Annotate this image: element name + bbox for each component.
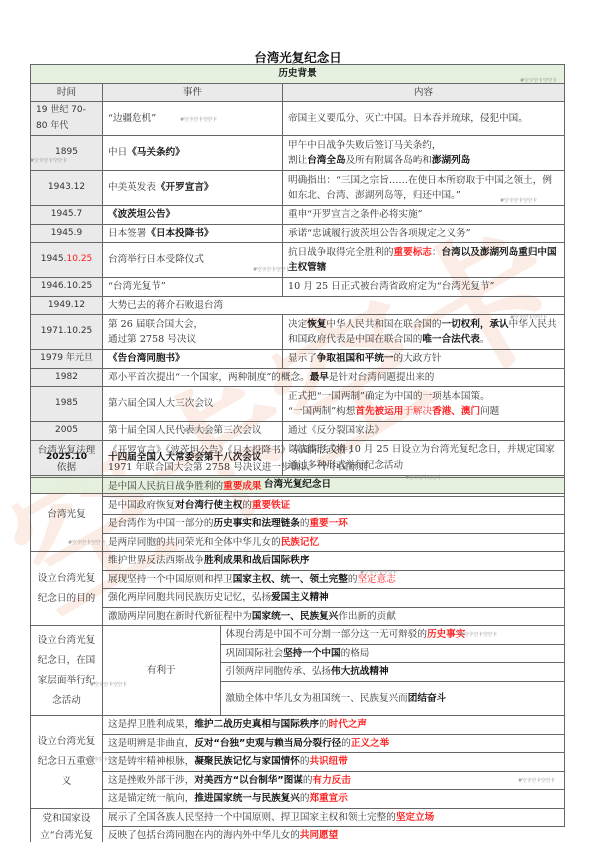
time-cell: 1971.10.25 — [31, 315, 103, 350]
content-cell: 是两岸同胞的共同荣光和全体中华儿女的民族记忆 — [103, 533, 565, 552]
table-row: 是台湾作为中国一部分的历史事实和法理链条的重要一环 — [31, 515, 565, 534]
content-cell: 展现坚持一个中国原则和捍卫国家主权、统一、领土完整的坚定意志 — [103, 570, 565, 589]
watermark-small: #空卡空卡空空卡 — [460, 631, 497, 638]
column-header-time: 时间 — [31, 83, 103, 102]
table-row: 1982 邓小平首次提出“一个国家，两种制度”的概念。最早是针对台湾问题提出来的 — [31, 368, 565, 387]
table-row: 1943.12 中美英发表《开罗宣言》 明确指出：“三国之宗旨……在使日本所窃取… — [31, 171, 565, 206]
event-cell: 中美英发表《开罗宣言》 — [103, 171, 283, 206]
content-cell: 通过《反分裂国家法》 — [283, 422, 565, 441]
event-cell: “台湾光复节” — [103, 278, 283, 297]
time-cell: 2005 — [31, 422, 103, 441]
table-row: 是两岸同胞的共同荣光和全体中华儿女的民族记忆 — [31, 533, 565, 552]
table-row: 反映了包括台湾同胞在内的海内外中华儿女的共同愿望 — [31, 827, 565, 842]
event-cell: 《告台湾同胞书》 — [103, 350, 283, 369]
watermark-small: #空卡空卡空空卡 — [183, 427, 220, 434]
watermark-small: #空卡空卡空空卡 — [85, 756, 122, 763]
table-row: 设立台湾光复纪念日五重意义 这是捍卫胜利成果，维护二战历史真相与国际秩序的时代之… — [31, 716, 565, 735]
content-cell: 体现台湾是中国不可分割一部分这一无可辩驳的历史事实 — [220, 626, 564, 644]
section-heading-history: 历史背景 — [31, 65, 565, 84]
time-cell: 1943.12 — [31, 171, 103, 206]
content-cell: 维护世界反法西斯战争胜利成果和战后国际秩序 — [103, 552, 565, 571]
content-cell: 展示了全国各族人民坚持一个中国原则、捍卫国家主权和领土完整的坚定立场 — [103, 808, 565, 827]
time-cell: 1985 — [31, 387, 103, 422]
content-cell: 是中国政府恢复对台湾行使主权的重要铁证 — [103, 496, 565, 515]
event-cell: 《波茨坦公告》 — [103, 206, 283, 225]
content-cell: 反映了包括台湾同胞在内的海内外中华儿女的共同愿望 — [103, 827, 565, 842]
content-cell: 巩固国际社会坚持一个中国的格局 — [220, 644, 564, 663]
memorial-table: 台湾光复法理依据 《开罗宣言》《波茨坦公告》《日本投降书》等国际法文件；1971… — [30, 440, 565, 842]
table-row: 1945.7 《波茨坦公告》 重申“开罗宣言之条件必将实施” — [31, 206, 565, 225]
table-row: 这是锚定统一航向，推进国家统一与民族复兴的郑重宣示 — [31, 790, 565, 809]
content-cell: 帝国主义要瓜分、灭亡中国。日本吞并琉球，侵犯中国。 — [283, 102, 565, 136]
content-cell: 激励两岸同胞在新时代新征程中为国家统一、民族复兴作出新的贡献 — [103, 607, 565, 626]
table-row: 1945.9 日本签署《日本投降书》 承诺“忠诚履行波茨坦公告各项规定之义务” — [31, 224, 565, 243]
table-row: 1895 中日《马关条约》 甲午中日战争失败后签订马关条约，割让台湾全岛及所有附… — [31, 136, 565, 171]
content-cell: 10 月 25 日正式被台湾省政府定为“台湾光复节” — [283, 278, 565, 297]
time-cell: 19 世纪 70-80 年代 — [31, 102, 103, 136]
watermark-small: #空卡空卡空空卡 — [510, 314, 547, 321]
time-cell: 1982 — [31, 368, 103, 387]
watermark-small: #空卡空卡空空卡 — [360, 569, 397, 576]
event-cell: 邓小平首次提出“一个国家，两种制度”的概念。最早是针对台湾问题提出来的 — [103, 368, 565, 387]
column-header-event: 事件 — [103, 83, 283, 102]
content-cell: 这是锚定统一航向，推进国家统一与民族复兴的郑重宣示 — [103, 790, 565, 809]
content-cell: 显示了争取祖国和平统一的大政方针 — [283, 350, 565, 369]
table-row: 2005 第十届全国人民代表大会第三次会议 通过《反分裂国家法》 — [31, 422, 565, 441]
table-row: 1979 年元旦 《告台湾同胞书》 显示了争取祖国和平统一的大政方针 — [31, 350, 565, 369]
label-cell-national-level: 设立台湾光复纪念日，在国家层面举行纪念活动 — [31, 626, 103, 716]
history-table: 历史背景 时间 事件 内容 19 世纪 70-80 年代 “边疆危机” 帝国主义… — [30, 64, 565, 494]
watermark-small: #空卡空卡空空卡 — [30, 157, 67, 164]
table-row: 激励两岸同胞在新时代新征程中为国家统一、民族复兴作出新的贡献 — [31, 607, 565, 626]
time-cell: 1945.9 — [31, 224, 103, 243]
content-cell: 是中国人民抗日战争胜利的重要成果 — [103, 478, 565, 497]
watermark-small: #空卡空卡空空卡 — [180, 116, 217, 123]
national-level-subtable: 有利于 体现台湾是中国不可分割一部分这一无可辩驳的历史事实 巩固国际社会坚持一个… — [103, 626, 564, 715]
table-row: 是中国政府恢复对台湾行使主权的重要铁证 — [31, 496, 565, 515]
label-cell-party-state: 党和国家设立“台湾光复 — [31, 808, 103, 842]
event-cell: 第 26 届联合国大会，通过第 2758 号决议 — [103, 315, 283, 350]
event-cell: 中日《马关条约》 — [103, 136, 283, 171]
table-row: 1946.10.25 “台湾光复节” 10 月 25 日正式被台湾省政府定为“台… — [31, 278, 565, 297]
table-row: 设立台湾光复纪念日，在国家层面举行纪念活动 有利于 体现台湾是中国不可分割一部分… — [31, 626, 565, 716]
table-row: 党和国家设立“台湾光复 展示了全国各族人民坚持一个中国原则、捍卫国家主权和领土完… — [31, 808, 565, 827]
event-cell: 第六届全国人大三次会议 — [103, 387, 283, 422]
watermark-small: #空卡空卡空空卡 — [500, 197, 537, 204]
label-cell-legal-basis: 台湾光复法理依据 — [31, 441, 103, 478]
column-header-content: 内容 — [283, 83, 565, 102]
content-cell: 重申“开罗宣言之条件必将实施” — [283, 206, 565, 225]
content-cell: 引领两岸同胞传承、弘扬伟大抗战精神 — [220, 663, 564, 682]
table-row: 19 世纪 70-80 年代 “边疆危机” 帝国主义要瓜分、灭亡中国。日本吞并琉… — [31, 102, 565, 136]
time-cell: 1946.10.25 — [31, 278, 103, 297]
content-cell: 激励全体中华儿女为祖国统一、民族复兴而团结奋斗 — [220, 681, 564, 715]
content-cell: 抗日战争取得完全胜利的重要标志：台湾以及澎湖列岛重归中国主权管辖 — [283, 243, 565, 278]
event-cell: 日本签署《日本投降书》 — [103, 224, 283, 243]
event-cell: 大势已去的蒋介石败退台湾 — [103, 296, 565, 315]
watermark-small: #空卡空卡空空卡 — [90, 681, 127, 688]
table-row: 展现坚持一个中国原则和捍卫国家主权、统一、领土完整的坚定意志 — [31, 570, 565, 589]
table-row: 台湾光复法理依据 《开罗宣言》《波茨坦公告》《日本投降书》等国际法文件；1971… — [31, 441, 565, 478]
time-cell: 1945.10.25 — [31, 243, 103, 278]
mid-label-beneficial: 有利于 — [103, 626, 220, 715]
table-row: 设立台湾光复纪念日的目的 维护世界反法西斯战争胜利成果和战后国际秩序 — [31, 552, 565, 571]
watermark-small: #空卡空卡空空卡 — [518, 777, 555, 784]
watermark-small: #空卡空卡空空卡 — [405, 474, 442, 481]
content-cell: 这是铸牢精神根脉，凝聚民族记忆与家国情怀的共识纽带 — [103, 753, 565, 772]
national-level-cell: 有利于 体现台湾是中国不可分割一部分这一无可辩驳的历史事实 巩固国际社会坚持一个… — [103, 626, 565, 716]
watermark-small: #空卡空卡空空卡 — [68, 539, 105, 546]
table-row: 这是挫败外部干涉，对美西方“以台制华”图谋的有力反击 — [31, 771, 565, 790]
table-row: 1949.12 大势已去的蒋介石败退台湾 — [31, 296, 565, 315]
watermark-small: #空卡空卡空空卡 — [253, 266, 290, 273]
label-cell-purpose: 设立台湾光复纪念日的目的 — [31, 552, 103, 626]
content-cell: 承诺“忠诚履行波茨坦公告各项规定之义务” — [283, 224, 565, 243]
watermark-small: #空卡空卡空空卡 — [520, 77, 557, 84]
content-cell: 《开罗宣言》《波茨坦公告》《日本投降书》等国际法文件；1971 年联合国大会第 … — [103, 441, 565, 478]
content-cell: 是台湾作为中国一部分的历史事实和法理链条的重要一环 — [103, 515, 565, 534]
time-cell: 1949.12 — [31, 296, 103, 315]
table-row: 1985 第六届全国人大三次会议 正式把“一国两制”确定为中国的一项基本国策。“… — [31, 387, 565, 422]
content-cell: 正式把“一国两制”确定为中国的一项基本国策。“一国两制”构想首先被运用于解决香港… — [283, 387, 565, 422]
table-row: 1945.10.25 台湾举行日本受降仪式 抗日战争取得完全胜利的重要标志：台湾… — [31, 243, 565, 278]
time-cell: 1945.7 — [31, 206, 103, 225]
content-cell: 这是挫败外部干涉，对美西方“以台制华”图谋的有力反击 — [103, 771, 565, 790]
content-cell: 这是明辨是非曲直，反对“台独”史观与赖当局分裂行径的正义之举 — [103, 734, 565, 753]
table-row: 1971.10.25 第 26 届联合国大会，通过第 2758 号决议 决定恢复… — [31, 315, 565, 350]
content-cell: 强化两岸同胞共同民族历史记忆，弘扬爱国主义精神 — [103, 589, 565, 608]
content-cell: 甲午中日战争失败后签订马关条约，割让台湾全岛及所有附属各岛屿和澎湖列岛 — [283, 136, 565, 171]
table-row: 强化两岸同胞共同民族历史记忆，弘扬爱国主义精神 — [31, 589, 565, 608]
content-cell: 这是捍卫胜利成果，维护二战历史真相与国际秩序的时代之声 — [103, 716, 565, 735]
time-cell: 1895 — [31, 136, 103, 171]
time-cell: 1979 年元旦 — [31, 350, 103, 369]
table-row: 台湾光复 是中国人民抗日战争胜利的重要成果 — [31, 478, 565, 497]
table-row: 这是明辨是非曲直，反对“台独”史观与赖当局分裂行径的正义之举 — [31, 734, 565, 753]
